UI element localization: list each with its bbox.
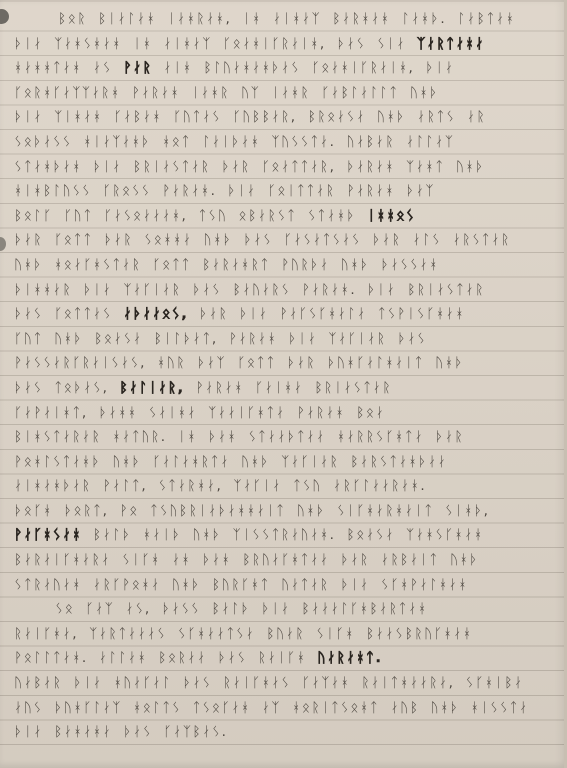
word: ᚦᛅᚱ	[14, 228, 43, 252]
text-line: ᛒᛅᚱᛅᛁᚴᚼᛅᚱᛅᛊᛁᚴᚼᛅᚼᚦᛅᚼᛒᚱᚢᛅᚴᚼᛏᛅᛅᚦᛅᚱᛅᚱᛒᛅᛁᛏᚢᚼᚦ	[0, 548, 567, 573]
word: ᚦᚢᚼᚴᛚᛅᛉ	[54, 696, 122, 720]
text-line: ᚴᚢᛏᚢᚼᚦᛒᛟᛅᛊᛅᛒᛁᛚᚦᛅᛏ,ᚹᛅᚱᛅᚼᚦᛁᛅᛉᛅᚴᛁᛅᚱᚦᛅᛊ	[0, 327, 567, 352]
word: ᛏᛊᚢ	[293, 474, 322, 498]
word: ᚴᛅᛒᛅᚼ	[114, 105, 163, 129]
word: ᚦᛅᚼ	[202, 548, 231, 572]
word: ᛅᛚᛊ	[412, 228, 441, 252]
word: ᛁᚼ	[133, 32, 152, 56]
word: ᛊᛏᛅᚱᚼᛅ,	[158, 474, 222, 498]
word: ᚢᛅᛏᛅᚱ	[281, 573, 330, 597]
word: ᚴᛅᛒᛚᛅᛚᛚᛏ	[321, 81, 399, 105]
word: ᚹᛟᚼᛚᛊᛏᛅᚼᚦ	[14, 450, 101, 474]
word: ᚴᚢᛒᛒᛅᚱ,	[233, 105, 297, 129]
emphasized-word: ᚹᛅᚴᚼᛊᛅᚼ	[14, 523, 82, 547]
word: ᛅᛚᛚᛅᛉ	[406, 130, 455, 154]
text-line: ᚢᛅᛒᛅᚱᚦᛁᛅᚼᚢᛅᚴᛅᛚᚦᛅᛊᚱᛅᛁᚴᚼᛅᛊᚴᛅᛉᛅᚼᚱᛅᛁᛏᚼᛅᛅᚱᛅ,ᛊ…	[0, 671, 567, 696]
word: ᛉᛅᚼᛏ	[406, 155, 445, 179]
word: ᚢᚼᚦ	[410, 81, 439, 105]
word: ᚦᛅᚱ	[341, 548, 370, 572]
word: ᛏᛊᚹᛁᛊᚴᚼᛅᚼ	[378, 302, 465, 326]
word: ᚦᛁᛅ	[228, 179, 257, 203]
text-line: ᚴᛅᚹᛅᛁᚼᛏ,ᚦᛅᚼᚼᛊᛅᛁᚼᛅᛉᛅᛅᛁᚴᚼᛏᛅᚹᛅᚱᛅᚼᛒᛟᛅ	[0, 401, 567, 426]
text-line: ᚦᛅᛊᛏᛟᚦᛅᛊ,ᛒᛅᛚᛁᛅᚱ,ᚹᛅᚱᛅᚼᚴᛅᛁᚼᛅᛒᚱᛁᛅᛊᛏᛅᚱ	[0, 376, 567, 401]
word: ᚱᛅᛁᚴᚼ	[258, 646, 307, 670]
word: ᚢᚼᚦ	[450, 548, 479, 572]
word: ᚢᚼᚦ	[456, 155, 485, 179]
word: ᚱᛅᛁᚴᚼᛅᛊ	[223, 671, 291, 695]
word: ᛒᚢᛅᚱ	[266, 622, 305, 646]
word: ᛅᛉ	[262, 696, 281, 720]
word: ᚹᛅᚱᛅᚼ.	[162, 179, 216, 203]
word: ᛒᛟᚱᛅᛅ	[158, 646, 207, 670]
word: ᛉᛁᛊᛊᛏᚱᛅᚢᛅᚼ.	[233, 523, 336, 547]
word: ᚹᛅᚱᛅᚼ	[297, 401, 346, 425]
word: ᚴᛟᛅᚼᛁᚴᚱᛅᛁᚼ,	[223, 32, 326, 56]
text-line: ᚦᛁᛅᛉᛁᚼᛅᚼᚴᛅᛒᛅᚼᚴᚢᛏᛅᛊᚴᚢᛒᛒᛅᚱ,ᛒᚱᛟᛅᛊᛅᚢᚼᚦᛅᚱᛏᛊᛅᚱ	[0, 105, 567, 130]
text-line: ᚦᛁᚼᚼᛅᚱᚦᛁᛅᛉᛅᚴᛁᛅᚱᚦᛅᛊᛒᛅᚢᛅᚱᛊᚹᛅᚱᛅᚼ.ᚦᛁᛅᛒᚱᛁᛅᛊᛏᛅ…	[0, 278, 567, 303]
word: ᛅᛚᛚᛅᚼ	[99, 646, 148, 670]
word: ᚦᛁᛅ	[93, 155, 122, 179]
word: ᛒᛅᚱᚼᛅᚼ	[332, 7, 390, 31]
runic-text-body: ᛒᛟᚱᛒᛁᛅᛚᛅᚼᛁᛅᚼᚱᛅᚼ,ᛁᚼᛅᛁᚼᛅᛉᛒᛅᚱᚼᛅᚼᛚᛅᚼᚦ.ᛚᛅᛒᛏᛅᚼ…	[0, 7, 567, 745]
word: ᚦᚢᚼᚴᛅᛚᚼᛅᛁᛏ	[327, 351, 424, 375]
word: ᛊᚴᚼᛅᛅᛏᛊᛅ	[178, 622, 256, 646]
word: ᚢᚼᚦ	[193, 523, 222, 547]
text-line: ᚦᛅᛊᚴᛟᛏᛏᛅᛊᛅᚦᛅᛅᛟᛊ,ᚦᛅᚱᚦᛁᛅᚹᛅᚴᛊᚴᚼᛅᛚᛅᛏᛊᚹᛁᛊᚴᚼᛅᚼ	[0, 302, 567, 327]
word: ᚦᛅᚱ	[372, 228, 401, 252]
word: ᚹᛅᛚᛏ,	[103, 474, 148, 498]
word: ᚴᚱᛟᛊᛊ	[103, 179, 152, 203]
word: ᛊᛟ	[55, 597, 74, 621]
word: ᚦᛁᛅ	[288, 327, 317, 351]
word: ᛊᚴᚼᚹᛅᛚᚼᛅᚼ	[381, 573, 468, 597]
word: ᛁᛅᚼᚱᛅᚼ,	[167, 7, 231, 31]
word: ᛅᚢᛒ	[390, 696, 419, 720]
word: ᚢᚼᚦ	[435, 351, 464, 375]
word: ᛁᚼ	[242, 7, 261, 31]
word: ᛒᚱᛟᛅᛊᛅ	[308, 105, 366, 129]
word: ᚦᛅᚼᚼ	[99, 401, 138, 425]
text-line: ᚦᛁᛅᛉᛅᚼᛊᚼᛅᚼᛁᚼᛅᛁᚼᛅᛉᚴᛟᛅᚼᛁᚴᚱᛅᛁᚼ,ᚦᛅᛊᛊᛁᛅᛉᛅᚱᛏᛅᚼ…	[0, 32, 567, 57]
word: ᚴᛟᛏᛏᛅᛊ	[54, 302, 112, 326]
word: ᚢᛅᛒᛅᚱ	[347, 130, 396, 154]
text-line: ᛅᚢᛊᚦᚢᚼᚴᛚᛅᛉᚼᛟᛚᛏᛊᛏᛊᛟᚴᛅᚼᛅᛉᚼᛟᚱᛁᛏᛊᛟᚼᛏᛅᚢᛒᚢᚼᚦᚼᛁ…	[0, 696, 567, 721]
word: ᛊᛏᛅᚼᚦ	[308, 204, 357, 228]
word: ᚦᛁᛅ	[14, 32, 43, 56]
word: ᚹᛟᛚᛚᛏᛅᚼ.	[14, 646, 88, 670]
word: ᚴᛅᛚᛅᚼᚱᛏᛅ	[152, 450, 230, 474]
word: ᛊᛟᚼᚼᛅ	[144, 228, 193, 252]
text-line: ᚹᛟᚼᛚᛊᛏᛅᚼᚦᚢᚼᚦᚴᛅᛚᛅᚼᚱᛏᛅᚢᚼᚦᛉᛅᚴᛁᛅᚱᛒᛅᚱᛊᛏᛅᚼᚦᛅᛅ	[0, 450, 567, 475]
word: ᛒᛚᚢᛅᚼᛅᚼᚦᛅᛊ	[204, 56, 301, 80]
word: ᚴᛟᛅᛏᛏᛅᚱ,	[262, 155, 336, 179]
word: ᚦᛅᛊ	[244, 228, 273, 252]
emphasized-word: ᛅᚦᛅᛅᛟᛊ,	[123, 302, 188, 326]
word: ᚴᛅᛊᛟᛅᛅᛅᚼ,	[104, 204, 188, 228]
emphasized-word: ᛁᚼᚼᛟᛊ	[367, 204, 416, 228]
word: ᛒᛅᚢᛅᚱᛊ	[233, 278, 291, 302]
word: ᛊᛏᛅᛅᚦᛏᛅᛅ	[248, 425, 326, 449]
word: ᛒᚱᛁᛅᛊᛏᛅᚱ	[314, 376, 392, 400]
emphasized-word: ᛉᛅᚱᛏᛅᚼᛅ	[417, 32, 485, 56]
word: ᛏᛟᚦᛅᛊ,	[54, 376, 108, 400]
word: ᚦᛅᚼ	[208, 425, 237, 449]
emphasized-word: ᛒᛅᛚᛁᛅᚱ,	[120, 376, 185, 400]
text-line: ᚼᛁᚼᛒᛚᚢᛊᛊᚴᚱᛟᛊᛊᚹᛅᚱᛅᚼ.ᚦᛁᛅᚴᛟᛁᛏᛏᛅᚱᚹᛅᚱᛅᚼᚦᛅᛉ	[0, 179, 567, 204]
word: ᚦᛅᛊ	[218, 646, 247, 670]
word: ᛒᛁᛚᚦᛅᛏ,	[154, 327, 218, 351]
text-line: ᚦᛁᛅᛒᛅᚼᛅᚼᛅᚦᛅᛊᚴᛅᛉᛒᛅᛊ.	[0, 720, 567, 745]
word: ᛊᛁᚼᚦ,	[445, 499, 490, 523]
word: ᚹᛅᚴᛊᚴᚼᛅᛚᛅ	[279, 302, 366, 326]
text-line: ᛒᛟᛚᚴᚴᚢᛏᚴᛅᛊᛟᛅᛅᛅᚼ,ᛏᛊᚢᛟᛒᛅᚱᛊᛏᛊᛏᛅᚼᚦᛁᚼᚼᛟᛊ	[0, 204, 567, 229]
text-line: ᛒᛁᚼᛊᛏᛅᚱᛅᚱᚼᛅᛏᚢᚱ.ᛁᚼᚦᛅᚼᛊᛏᛅᛅᚦᛏᛅᛅᚼᛅᚱᚱᛊᚴᚼᛏᛅᚦᛅᚱ	[0, 425, 567, 450]
word: ᚢᚼᚦ	[204, 228, 233, 252]
word: ᚼᛅᛁᚦ	[143, 523, 182, 547]
word: ᚹᛅᛊᛊᛅᚱᚴᚱᛅᛁᛊᛅᛊ,	[14, 351, 146, 375]
word: ᚢᚼᚦ	[377, 105, 406, 129]
word: ᛒᛅᛚᚦ	[212, 597, 251, 621]
word: ᛒᛅᚱᛊᛏᛅᚼᚦᛅᛅ	[350, 450, 447, 474]
text-line: ᚹᛅᚴᚼᛊᛅᚼᛒᛅᛚᚦᚼᛅᛁᚦᚢᚼᚦᛉᛁᛊᛊᛏᚱᛅᚢᛅᚼ.ᛒᛟᛅᛊᛅᛉᛅᚼᛊᚴᚼ…	[0, 523, 567, 548]
word: ᛅᛊ	[93, 56, 112, 80]
word: ᚹᛅᚱᛅᚼ	[195, 376, 244, 400]
word: ᚦᛅᚱ	[199, 302, 228, 326]
word: ᛉᛁᚼᛅᚼ	[54, 105, 103, 129]
word: ᚴᛟᛁᛏᛏᛅᚱ	[268, 179, 336, 203]
word: ᚹᚢᚱᚦᛅ	[281, 253, 330, 277]
word: ᛅᛁᚼᛅᛉ	[273, 7, 322, 31]
word: ᛊᚴᚼᛁᛒᛅ	[466, 671, 524, 695]
word: ᚴᛅᛉᛅᚼ	[302, 671, 351, 695]
word: ᚼᛅᚱᚱᛊᚴᚼᛏᛅ	[337, 425, 424, 449]
word: ᛅᚱᛏᛊ	[417, 105, 456, 129]
word: ᚦᛅᛊ	[14, 302, 43, 326]
word: ᚱᛅᛁᛏᚼᛅᛅᚱᛅ,	[361, 671, 454, 695]
word: ᚦᛁᛅ	[14, 105, 43, 129]
word: ᚼᛅᚼᚼᛏᛅᚼ	[14, 56, 82, 80]
notebook-page: ᛒᛟᚱᛒᛁᛅᛚᛅᚼᛁᛅᚼᚱᛅᚼ,ᛁᚼᛅᛁᚼᛅᛉᛒᛅᚱᚼᛅᚼᛚᛅᚼᚦ.ᛚᛅᛒᛏᛅᚼ…	[0, 0, 567, 768]
word: ᚢᚼᚦ	[112, 450, 141, 474]
word: ᛒᚱᚢᛅᚴᚼᛏᛅᛅ	[242, 548, 329, 572]
word: ᚹᛅᚱᛅᚼ.	[302, 278, 356, 302]
word: ᚴᚢᛏᛅᛊ	[173, 105, 222, 129]
word: ᛒᛟᛅᛊᛅ	[94, 327, 143, 351]
word: ᚦᛅᛉ	[197, 351, 226, 375]
emphasized-word: ᚹᛅᚱ	[123, 56, 152, 80]
word: ᚦᛅᚱ	[222, 155, 251, 179]
word: ᚦᛁᛅ	[341, 573, 370, 597]
word: ᚢᚼᚦ	[14, 253, 43, 277]
word: ᚦᛅᛊᛊᛅᚼ	[381, 253, 439, 277]
word: ᛊᛟᚦᛅᛊᛊ	[14, 130, 72, 154]
text-line: ᛊᛏᛅᚼᚦᛅᚼᚦᛁᛅᛒᚱᛁᛅᛊᛏᛅᚱᚦᛅᚱᚴᛟᛅᛏᛏᛅᚱ,ᚦᛅᚱᛅᚼᛉᛅᚼᛏᚢᚼ…	[0, 155, 567, 180]
text-line: ᚹᛟᛚᛚᛏᛅᚼ.ᛅᛚᛚᛅᚼᛒᛟᚱᛅᛅᚦᛅᛊᚱᛅᛁᚴᚼᚢᛅᚱᛅᚼᛏ.	[0, 646, 567, 671]
word: ᚦᛅᚱ	[104, 228, 133, 252]
word: ᛅᚱᚴᚹᛟᚼᛅ	[93, 573, 161, 597]
word: ᚴᛟᛏᛏ	[152, 253, 191, 277]
word: ᚦᛅᛊ	[123, 720, 152, 744]
word: ᛒᛟᚱ	[58, 7, 87, 31]
text-line: ᛅᛁᚼᛅᚼᚦᛅᚱᚹᛅᛚᛏ,ᛊᛏᛅᚱᚼᛅ,ᛉᛅᚴᛁᛅᛏᛊᚢᛅᚱᚴᛚᛅᛅᚱᛅᚼ.	[0, 474, 567, 499]
word: ᛒᛅᛅᛊᛒᚱᚢᚴᚼᛅᚼ	[366, 622, 473, 646]
word: ᛅᚱᛊᛏᛅᚱ	[453, 228, 511, 252]
word: ᛒᛟᛚᚴ	[14, 204, 53, 228]
word: ᚢᚼᚦ	[172, 573, 201, 597]
word: ᚦᛅᛊ	[337, 32, 366, 56]
word: ᚦᛅᚱ	[435, 425, 464, 449]
word: ᛒᛁᛅᛚᛅᚼ	[98, 7, 156, 31]
word: ᛒᚱᛁᛅᛊᛏᛅᚱ	[133, 155, 211, 179]
text-line: ᛊᛟᚦᛅᛊᛊᚼᛁᛅᛉᛅᚼᚦᚼᛟᛏᛚᛅᛁᚦᛅᚼᛉᚢᛊᛊᛏᛅ.ᚢᛅᛒᛅᚱᛅᛚᛚᛅᛉ	[0, 130, 567, 155]
text-line: ᚼᛅᚼᚼᛏᛅᚼᛅᛊᚹᛅᚱᛅᛁᚼᛒᛚᚢᛅᚼᛅᚼᚦᛅᛊᚴᛟᛅᚼᛁᚴᚱᛅᛁᚼ,ᚦᛁᛅ	[0, 56, 567, 81]
word: ᛉᛅᚴᛁᛅᚱ	[123, 278, 181, 302]
word: ᚦᛁᛅ	[367, 278, 396, 302]
word: ᛚᛅᛒᛏᛅᚼ	[457, 7, 515, 31]
word: ᚦᛅᛊ	[14, 376, 43, 400]
word: ᚴᛟᛏᛏ	[237, 351, 276, 375]
word: ᛉᛅᚴᛁᛅᚱ	[328, 327, 386, 351]
word: ᚼᛟᛅᚴᚼᛊᛏᛅᚱ	[54, 253, 141, 277]
word: ᚼᛟᛚᛏᛊ	[133, 696, 182, 720]
word: ᚦᛁᛅ	[74, 671, 103, 695]
text-line: ᚱᛅᛁᚴᚼᛅ,ᛉᛅᚱᛏᛅᛅᛅᛊᛊᚴᚼᛅᛅᛏᛊᛅᛒᚢᛅᚱᛊᛁᚴᚼᛒᛅᛅᛊᛒᚱᚢᚴᚼ…	[0, 622, 567, 647]
word: ᛊᛏᚱᛅᚢᛅᚼ	[14, 573, 82, 597]
text-line: ᚦᛅᚱᚴᛟᛏᛏᚦᛅᚱᛊᛟᚼᚼᛅᚢᚼᚦᚦᛅᛊᚴᛅᛊᛅᛏᛊᛅᛊᚦᛅᚱᛅᛚᛊᛅᚱᛊᛏᛅ…	[0, 228, 567, 253]
word: ᛉᛅᚴᛁᛅ	[233, 474, 282, 498]
word: ᛊᛁᚴᚼ	[122, 548, 161, 572]
word: ᚹᛅᚱᛅᚼ	[132, 81, 181, 105]
word: ᚴᛟᚱᚼᚴᛅᛉᛉᛅᚱᚼ	[14, 81, 121, 105]
word: ᛒᛅᛅᛅᛚᚴᚼᛒᛅᚱᛏᛅᚼ	[302, 597, 428, 621]
word: ᚴᛅᛊᛅᛏᛊᛅᛊ	[284, 228, 362, 252]
word: ᛒᛅᚱᛅᛁᚴᚼᛅᚱᛅ	[14, 548, 111, 572]
word: ᛚᛅᚼᚦ.	[402, 7, 447, 31]
text-line: ᛒᛟᚱᛒᛁᛅᛚᛅᚼᛁᛅᚼᚱᛅᚼ,ᛁᚼᛅᛁᚼᛅᛉᛒᛅᚱᚼᛅᚼᛚᛅᚼᚦ.ᛚᛅᛒᛏᛅᚼ	[0, 7, 567, 32]
word: ᚼᛁᛅᛉᛅᚼᚦ	[83, 130, 151, 154]
word: ᛉᛅᚼᛊᚼᛅᚼ	[54, 32, 122, 56]
word: ᛒᛅᚼᛅᚼᛅ	[54, 720, 112, 744]
word: ᛒᛟᛅᛊᛅ	[347, 523, 396, 547]
word: ᚼᛁᛊᛊᛏᛅ	[471, 696, 529, 720]
word: ᛅᚱ	[467, 105, 486, 129]
word: ᚼᛟᛏ	[162, 130, 191, 154]
word: ᛉᛅᛅᛁᚴᚼᛏᛅ	[208, 401, 286, 425]
word: ᚹᛅᚱᛅᚼ	[347, 179, 396, 203]
word: ᛒᛟᛅ	[356, 401, 385, 425]
word: ᚴᛅᛁᚼᛅ	[255, 376, 304, 400]
word: ᛒᚱᛁᛅᛊᛏᛅᚱ	[407, 278, 485, 302]
word: ᛁᛅᚼᚱ	[191, 81, 230, 105]
word: ᛏᛊᚢ	[198, 204, 227, 228]
word: ᛉᛅᚱᛏᛅᛅᛅᛊ	[89, 622, 167, 646]
word: ᛉᛅᚼᛊᚴᚼᛅᚼ	[406, 523, 484, 547]
word: ᚦᛅᛊᛊ	[162, 597, 201, 621]
word: ᛅᛁᚼᛅᚼᚦᛅᚱ	[14, 474, 92, 498]
word: ᚱᛅᛁᚴᚼᛅ,	[14, 622, 78, 646]
word: ᚦᛟᚴᚼ	[14, 499, 53, 523]
word: ᛏᛊᛟᚴᛅᚼ	[193, 696, 251, 720]
word: ᚴᛅᛉ	[85, 597, 114, 621]
word: ᚹᛅᚱᛅᚼ	[229, 327, 278, 351]
word: ᛉᛅᚴᛁᛅᚱ	[281, 450, 339, 474]
word: ᛅᛁᚼᛅᛉ	[163, 32, 212, 56]
word: ᚢᚼᚦ	[297, 499, 326, 523]
word: ᛒᛁᚼᛊᛏᛅᚱᛅᚱ	[14, 425, 101, 449]
word: ᛅᚼ	[172, 548, 191, 572]
word: ᛉᚢᛊᛊᛏᛅ.	[271, 130, 335, 154]
word: ᚦᛁᛅ	[83, 278, 112, 302]
word: ᛚᛅᛁᚦᛅᚼ	[202, 130, 260, 154]
word: ᚢᚼᚦ	[54, 327, 83, 351]
word: ᛊᛁᚴᚼᛅᚱᚼᛅᛁᛏ	[337, 499, 434, 523]
word: ᚼᛁᚼᛒᛚᚢᛊᛊ	[14, 179, 92, 203]
word: ᚴᛅᛉᛒᛅᛊ.	[163, 720, 227, 744]
word: ᛊᛁᚴᚼ	[316, 622, 355, 646]
word: ᚢᛉ	[241, 81, 260, 105]
word: ᚢᚼᚦ	[431, 696, 460, 720]
word: ᚦᛅᚱᛅᚼ	[347, 155, 396, 179]
word: ᛅᛊ,	[126, 597, 151, 621]
word: ᛟᛒᛅᚱᛊᛏ	[239, 204, 297, 228]
word: ᛁᛅᚼᚱ	[271, 81, 310, 105]
word: ᛊᛏᛅᚼᚦᛅᚼ	[14, 155, 82, 179]
word: ᚴᚢᛏ	[14, 327, 43, 351]
word: ᚦᛅᛊ	[193, 278, 222, 302]
word: ᚴᛅᚹᛅᛁᚼᛏ,	[14, 401, 88, 425]
word: ᚼᚢᛅᚴᛅᛚ	[114, 671, 172, 695]
text-line: ᚹᛅᛊᛊᛅᚱᚴᚱᛅᛁᛊᛅᛊ,ᚼᚢᚱᚦᛅᛉᚴᛟᛏᛏᚦᛅᚱᚦᚢᚼᚴᛅᛚᚼᛅᛁᛏᚢᚼᚦ	[0, 351, 567, 376]
word: ᚢᚼᚦ	[341, 253, 370, 277]
word: ᛒᛅᚱᛅᚼᚱᛏ	[202, 253, 270, 277]
word: ᛅᚱᚴᛚᛅᛅᚱᛅᚼ.	[333, 474, 426, 498]
word: ᛅᛁᚼ	[163, 56, 192, 80]
word: ᚼᚢᚱ	[157, 351, 186, 375]
word: ᚦᛁᛅ	[14, 720, 43, 744]
word: ᚦᛁᛅ	[261, 597, 290, 621]
word: ᚴᚢᛏ	[64, 204, 93, 228]
word: ᚢᛅᛒᛅᚱ	[14, 671, 63, 695]
text-line: ᛊᛟᚴᛅᛉᛅᛊ,ᚦᛅᛊᛊᛒᛅᛚᚦᚦᛁᛅᛒᛅᛅᛅᛚᚴᚼᛒᛅᚱᛏᛅᚼ	[0, 597, 567, 622]
word: ᚦᛅᚱ	[287, 351, 316, 375]
text-line: ᚦᛟᚴᚼᚦᛟᚱᛏ,ᚹᛟᛏᛊᚢᛒᚱᛁᛅᚦᛅᚼᚼᛅᛁᛏᚢᚼᚦᛊᛁᚴᚼᛅᚱᚼᛅᛁᛏᛊᛁ…	[0, 499, 567, 524]
word: ᚦᛁᚼᚼᛅᚱ	[14, 278, 72, 302]
word: ᚢᚼᚦ	[241, 450, 270, 474]
word: ᚦᛅᛉ	[406, 179, 435, 203]
word: ᚼᛅᛏᚢᚱ.	[112, 425, 166, 449]
word: ᛁᚼ	[178, 425, 197, 449]
word: ᛊᛁᛅ	[377, 32, 406, 56]
word: ᛅᚱᛒᛅᛁᛏ	[381, 548, 439, 572]
word: ᚴᛟᛏᛏ	[54, 228, 93, 252]
word: ᛅᚢᛊ	[14, 696, 43, 720]
text-line: ᚴᛟᚱᚼᚴᛅᛉᛉᛅᚱᚼᚹᛅᚱᛅᚼᛁᛅᚼᚱᚢᛉᛁᛅᚼᚱᚴᛅᛒᛚᛅᛚᛚᛏᚢᚼᚦ	[0, 81, 567, 106]
text-line: ᛊᛏᚱᛅᚢᛅᚼᛅᚱᚴᚹᛟᚼᛅᚢᚼᚦᛒᚢᚱᚴᚼᛏᚢᛅᛏᛅᚱᚦᛁᛅᛊᚴᚼᚹᛅᛚᚼᛅᚼ	[0, 573, 567, 598]
word: ᛏᛊᚢᛒᚱᛁᛅᚦᛅᚼᚼᛅᛁᛏ	[150, 499, 286, 523]
word: ᛒᛅᛚᚦ	[93, 523, 132, 547]
word: ᚴᛟᛅᚼᛁᚴᚱᛅᛁᚼ,	[312, 56, 415, 80]
word: ᚦᛟᚱᛏ,	[64, 499, 109, 523]
word: ᚦᛅᛊ	[398, 327, 427, 351]
word: ᚦᛁᛅ	[239, 302, 268, 326]
word: ᚹᛟ	[120, 499, 139, 523]
word: ᚦᛁᛅ	[425, 56, 454, 80]
word: ᚦᛅᛊ	[183, 671, 212, 695]
text-line: ᚢᚼᚦᚼᛟᛅᚴᚼᛊᛏᛅᚱᚴᛟᛏᛏᛒᛅᚱᛅᚼᚱᛏᚹᚢᚱᚦᛅᚢᚼᚦᚦᛅᛊᛊᛅᚼ	[0, 253, 567, 278]
emphasized-word: ᚢᛅᚱᛅᚼᛏ.	[317, 646, 382, 670]
word: ᛊᛅᛁᚼᛅ	[149, 401, 198, 425]
word: ᚼᛟᚱᛁᛏᛊᛟᚼᛏ	[292, 696, 379, 720]
word: ᛒᚢᚱᚴᚼᛏ	[212, 573, 270, 597]
